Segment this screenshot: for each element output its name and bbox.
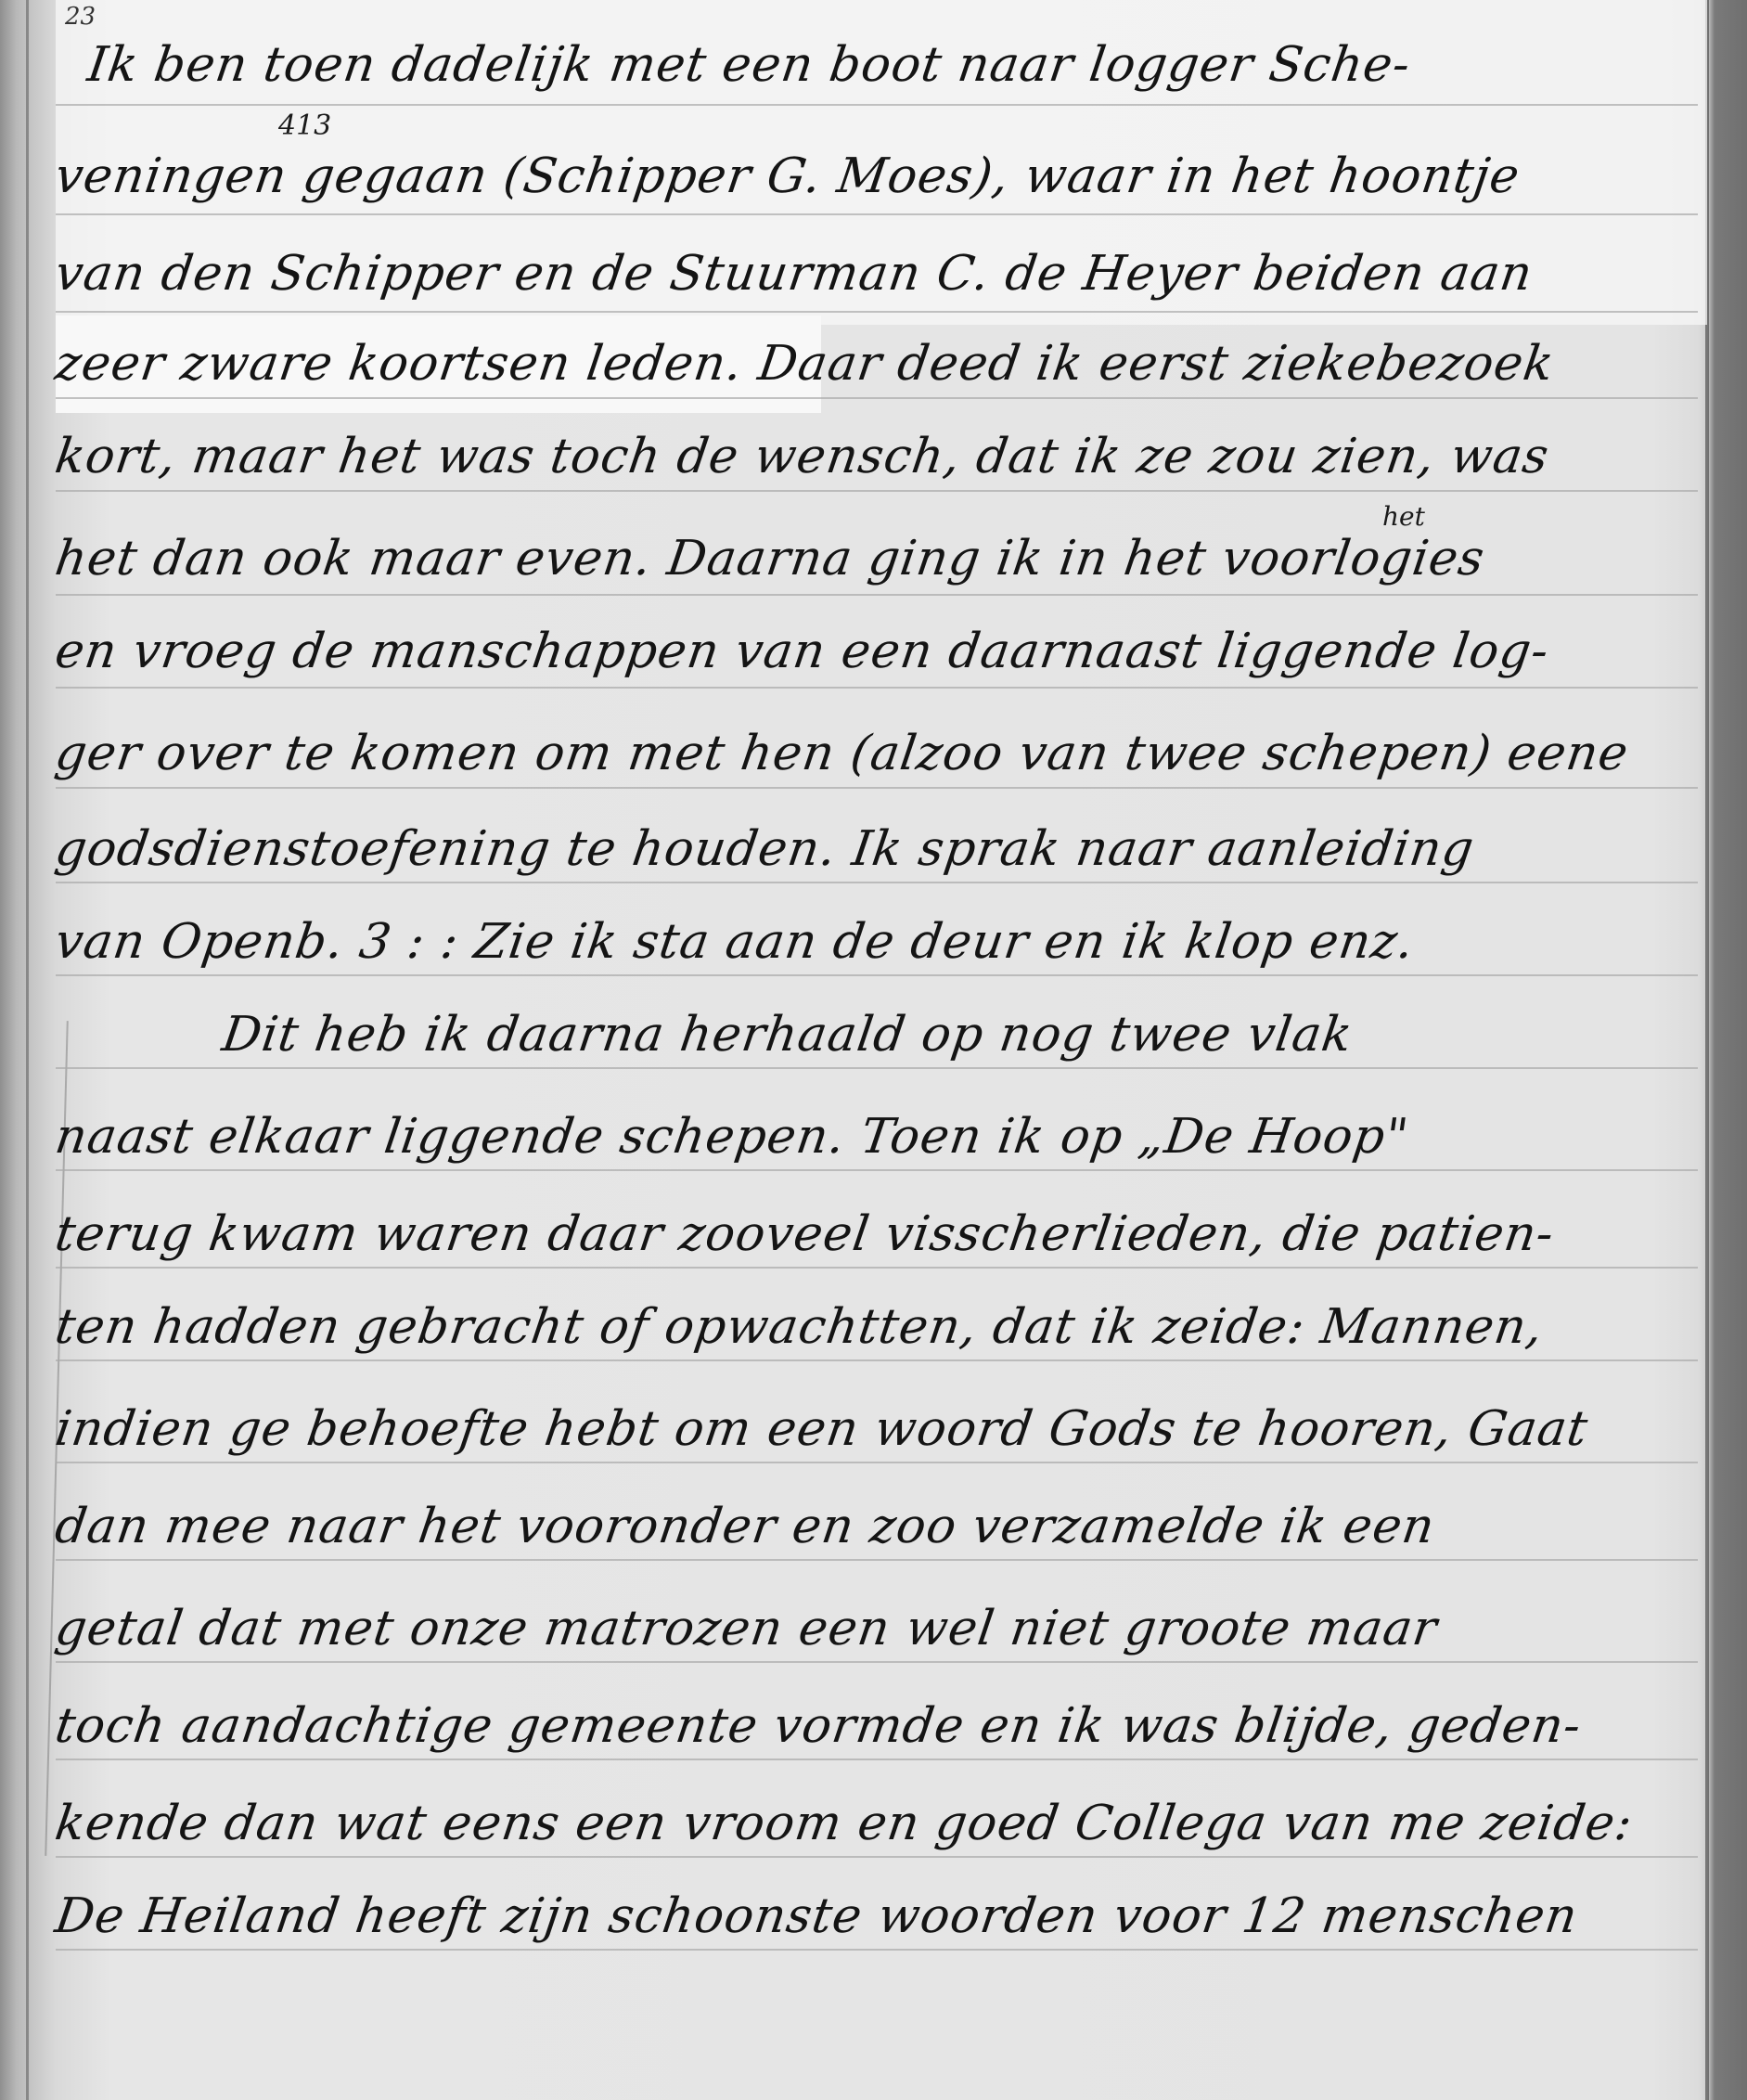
text-line-1: Ik ben toen dadelijk met een boot naar l… [84, 37, 1734, 93]
page-number: 23 [65, 3, 96, 31]
text-line-13: terug kwam waren daar zooveel visscherli… [52, 1206, 1702, 1262]
ruled-line [56, 213, 1698, 215]
text-line-7: en vroeg de manschappen van een daarnaas… [52, 624, 1702, 679]
text-line-15: indien ge behoefte hebt om een woord God… [52, 1401, 1702, 1457]
ruled-line [56, 1949, 1698, 1951]
text-line-17: getal dat met onze matrozen een wel niet… [52, 1601, 1702, 1656]
journal-page: 23 413 het Ik ben toen dadelijk met een … [0, 0, 1747, 2100]
text-line-12: naast elkaar liggende schepen. Toen ik o… [52, 1109, 1702, 1165]
ruled-line [56, 882, 1698, 883]
ruled-line [56, 1661, 1698, 1663]
text-line-9: godsdienstoefening te houden. Ik sprak n… [52, 821, 1702, 877]
ruled-line [56, 687, 1698, 689]
superscript-number: 413 [278, 110, 331, 142]
ruled-line [56, 1267, 1698, 1269]
ruled-line [56, 974, 1698, 976]
ruled-line [56, 1169, 1698, 1171]
text-line-6: het dan ook maar even. Daarna ging ik in… [52, 531, 1702, 586]
text-line-5: kort, maar het was toch de wensch, dat i… [52, 429, 1702, 484]
binding-gutter [26, 0, 29, 2100]
text-line-19: kende dan wat eens een vroom en goed Col… [52, 1796, 1702, 1851]
text-line-10: van Openb. 3 : : Zie ik sta aan de deur … [52, 914, 1702, 970]
ruled-line [56, 1462, 1698, 1463]
ruled-line [56, 104, 1698, 106]
ruled-line [56, 311, 1698, 313]
ruled-line [56, 1067, 1698, 1069]
text-line-14: ten hadden gebracht of opwachtten, dat i… [52, 1299, 1702, 1355]
ruled-line [56, 490, 1698, 492]
text-line-20: De Heiland heeft zijn schoonste woorden … [52, 1888, 1702, 1944]
text-line-4: zeer zware koortsen leden. Daar deed ik … [52, 336, 1702, 392]
text-line-8: ger over te komen om met hen (alzoo van … [52, 726, 1702, 781]
text-line-2: veningen gegaan (Schipper G. Moes), waar… [52, 148, 1702, 204]
text-line-16: dan mee naar het vooronder en zoo verzam… [52, 1499, 1702, 1554]
ruled-line [56, 594, 1698, 596]
text-line-3: van den Schipper en de Stuurman C. de He… [52, 246, 1702, 302]
ruled-line [56, 1759, 1698, 1760]
ruled-line [56, 1559, 1698, 1561]
ruled-line [56, 787, 1698, 789]
ruled-line [56, 1359, 1698, 1361]
inserted-word: het [1382, 501, 1425, 532]
ruled-line [56, 1856, 1698, 1858]
ruled-line [56, 397, 1698, 399]
text-line-18: toch aandachtige gemeente vormde en ik w… [52, 1698, 1702, 1754]
text-line-11: Dit heb ik daarna herhaald op nog twee v… [52, 1007, 1747, 1063]
